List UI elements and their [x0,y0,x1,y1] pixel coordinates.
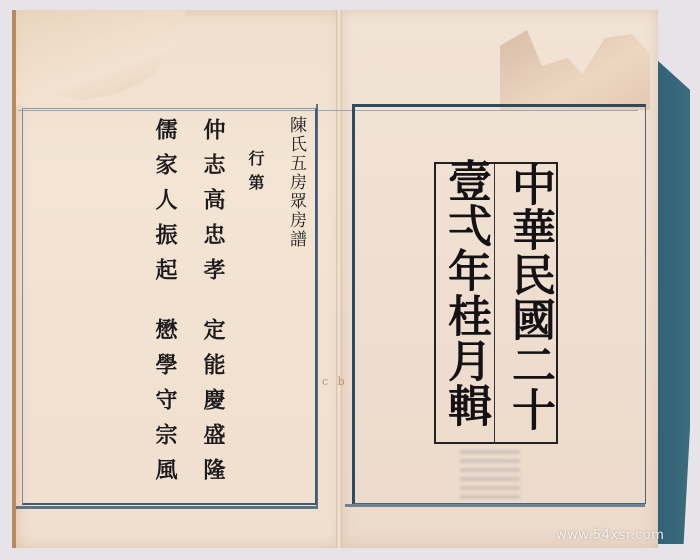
date-title-col-2: 壹弌年桂月輯 [440,158,490,428]
genealogy-title: 陳氏五房眾房譜 [286,116,306,249]
poem-line-2b: 懋學守宗風 [152,318,178,493]
center-mark: c b [322,375,348,388]
book-spine-fold [336,10,342,548]
right-bottom-rule [345,504,645,507]
bleed-through-text [460,450,520,500]
title-box-divider [494,164,495,442]
watermark: www.54xsr.com [556,528,664,543]
poem-line-1b: 定能慶盛隆 [200,318,226,493]
genealogy-book-photo: 陳氏五房眾房譜 行第 仲志高忠孝 定能慶盛隆 儒家人振起 懋學守宗風 中華民國二… [0,0,700,560]
poem-line-2a: 儒家人振起 [152,118,178,293]
date-title-col-1: 中華民國二十 [504,162,554,432]
poem-line-1a: 仲志高忠孝 [200,118,226,293]
generation-order-label: 行第 [244,150,267,198]
